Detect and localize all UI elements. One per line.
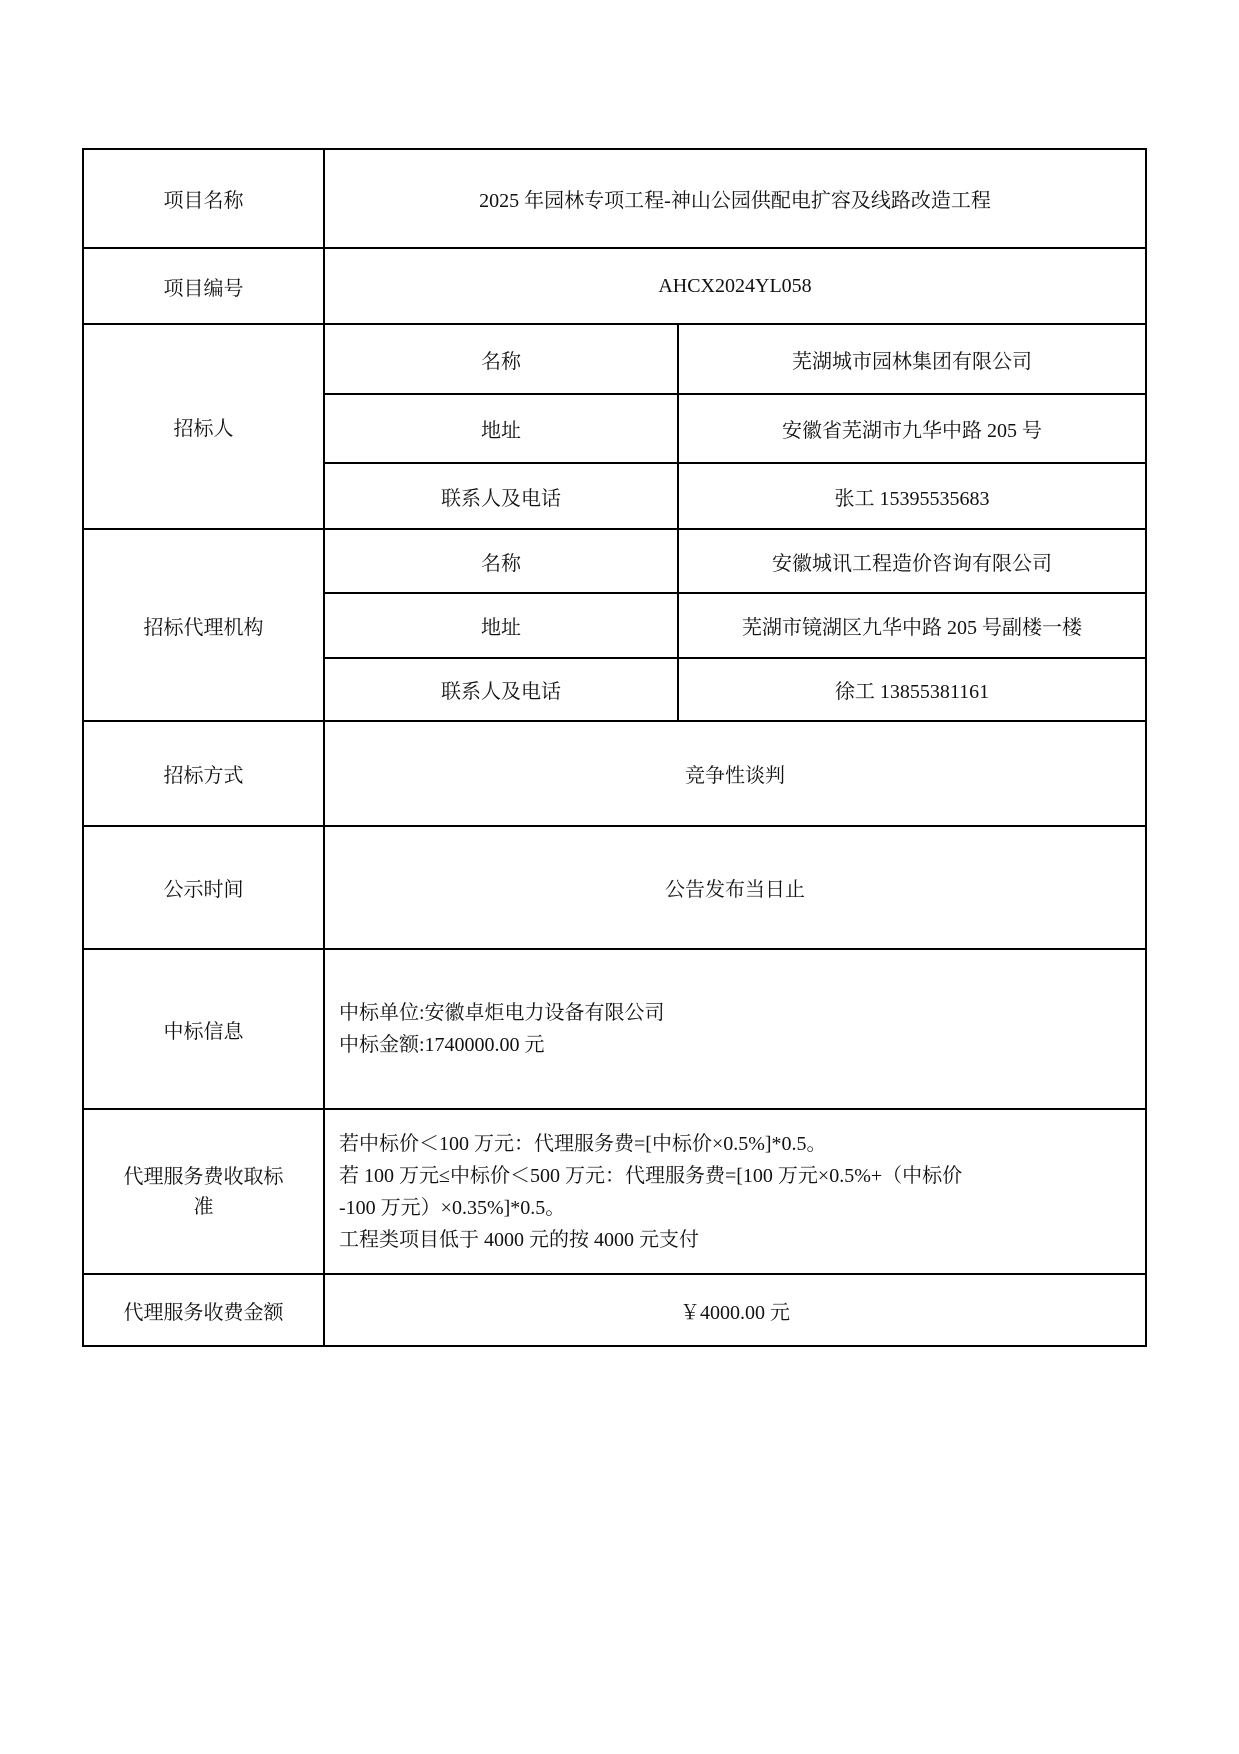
- publicity-time-value: 公告发布当日止: [324, 826, 1146, 949]
- agency-name-row: 招标代理机构 名称 安徽城讯工程造价咨询有限公司: [83, 529, 1146, 593]
- project-name-row: 项目名称 2025 年园林专项工程-神山公园供配电扩容及线路改造工程: [83, 149, 1146, 248]
- tenderer-address-label: 地址: [324, 394, 678, 463]
- tenderer-address-value: 安徽省芜湖市九华中路 205 号: [678, 394, 1146, 463]
- agency-address-value: 芜湖市镜湖区九华中路 205 号副楼一楼: [678, 593, 1146, 658]
- tenderer-contact-value: 张工 15395535683: [678, 463, 1146, 529]
- award-info-row: 中标信息 中标单位:安徽卓炬电力设备有限公司 中标金额:1740000.00 元: [83, 949, 1146, 1109]
- fee-standard-line-1: 若中标价＜100 万元：代理服务费=[中标价×0.5%]*0.5。: [339, 1128, 1135, 1160]
- fee-standard-row: 代理服务费收取标准 若中标价＜100 万元：代理服务费=[中标价×0.5%]*0…: [83, 1109, 1146, 1274]
- tender-method-row: 招标方式 竞争性谈判: [83, 721, 1146, 826]
- document-page: { "table": { "rows": { "project_name": {…: [0, 0, 1239, 1754]
- project-number-label: 项目编号: [83, 248, 324, 324]
- fee-standard-line-2: 若 100 万元≤中标价＜500 万元：代理服务费=[100 万元×0.5%+（…: [339, 1160, 1135, 1192]
- fee-standard-label: 代理服务费收取标准: [83, 1109, 324, 1274]
- award-winner-line: 中标单位:安徽卓炬电力设备有限公司: [339, 997, 1135, 1029]
- agency-contact-value: 徐工 13855381161: [678, 658, 1146, 721]
- fee-standard-value: 若中标价＜100 万元：代理服务费=[中标价×0.5%]*0.5。 若 100 …: [324, 1109, 1146, 1274]
- tenderer-name-row: 招标人 名称 芜湖城市园林集团有限公司: [83, 324, 1146, 394]
- project-number-value: AHCX2024YL058: [324, 248, 1146, 324]
- agency-address-label: 地址: [324, 593, 678, 658]
- tenderer-contact-label: 联系人及电话: [324, 463, 678, 529]
- fee-amount-label: 代理服务收费金额: [83, 1274, 324, 1346]
- fee-standard-label-text: 代理服务费收取标准: [115, 1162, 293, 1222]
- agency-name-value: 安徽城讯工程造价咨询有限公司: [678, 529, 1146, 593]
- tenderer-group-label: 招标人: [83, 324, 324, 529]
- award-amount-line: 中标金额:1740000.00 元: [339, 1029, 1135, 1061]
- fee-amount-value: ￥4000.00 元: [324, 1274, 1146, 1346]
- award-info-label: 中标信息: [83, 949, 324, 1109]
- publicity-time-row: 公示时间 公告发布当日止: [83, 826, 1146, 949]
- agency-contact-label: 联系人及电话: [324, 658, 678, 721]
- tender-method-value: 竞争性谈判: [324, 721, 1146, 826]
- fee-amount-row: 代理服务收费金额 ￥4000.00 元: [83, 1274, 1146, 1346]
- tender-method-label: 招标方式: [83, 721, 324, 826]
- agency-name-label: 名称: [324, 529, 678, 593]
- project-name-label: 项目名称: [83, 149, 324, 248]
- publicity-time-label: 公示时间: [83, 826, 324, 949]
- tenderer-name-value: 芜湖城市园林集团有限公司: [678, 324, 1146, 394]
- project-number-row: 项目编号 AHCX2024YL058: [83, 248, 1146, 324]
- agency-group-label: 招标代理机构: [83, 529, 324, 721]
- award-info-value: 中标单位:安徽卓炬电力设备有限公司 中标金额:1740000.00 元: [324, 949, 1146, 1109]
- project-name-value: 2025 年园林专项工程-神山公园供配电扩容及线路改造工程: [324, 149, 1146, 248]
- fee-standard-line-4: 工程类项目低于 4000 元的按 4000 元支付: [339, 1224, 1135, 1256]
- tenderer-name-label: 名称: [324, 324, 678, 394]
- fee-standard-line-3: -100 万元）×0.35%]*0.5。: [339, 1192, 1135, 1224]
- tender-announcement-table: 项目名称 2025 年园林专项工程-神山公园供配电扩容及线路改造工程 项目编号 …: [82, 148, 1147, 1347]
